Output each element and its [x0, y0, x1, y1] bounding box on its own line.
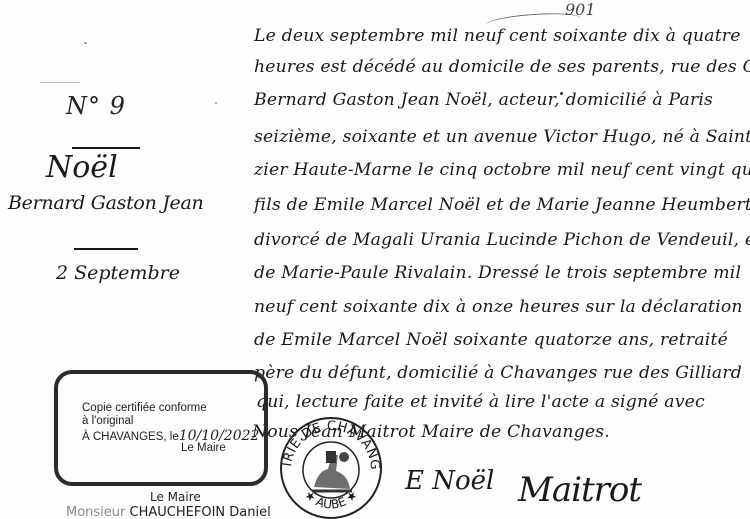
cert-signatory: Le Maire	[181, 442, 226, 454]
body-line: de Emile Marcel Noël soixante quatorze a…	[254, 330, 728, 350]
body-line: Bernard Gaston Jean Noël, acteur, domici…	[254, 90, 713, 110]
mayor-name-prefix: Monsieur	[66, 505, 125, 519]
speck	[40, 82, 80, 83]
mayor-name-value: CHAUCHEFOIN Daniel	[130, 505, 271, 519]
body-line: zier Haute-Marne le cinq octobre mil neu…	[254, 160, 750, 180]
mayor-name: Monsieur CHAUCHEFOIN Daniel	[66, 505, 271, 519]
town-hall-seal-icon: MAIRIE DE CHAVANGES ★ AUBE ★	[278, 415, 384, 519]
body-line: heures est décédé au domicile de ses par…	[254, 57, 750, 77]
speck	[215, 102, 217, 104]
body-line: divorcé de Magali Urania Lucinde Pichon …	[254, 230, 750, 250]
cert-place: À CHAVANGES, le	[82, 431, 179, 443]
body-line: de Marie-Paule Rivalain. Dressé le trois…	[254, 263, 741, 283]
margin-date: 2 Septembre	[56, 262, 180, 284]
margin-surname: Noël	[46, 150, 118, 185]
body-line: Le deux septembre mil neuf cent soixante…	[254, 26, 741, 46]
document-page: 901 N° 9 Noël Bernard Gaston Jean 2 Sept…	[0, 0, 750, 519]
mayor-title: Le Maire	[150, 490, 201, 504]
top-annotation: 901	[565, 0, 596, 19]
cert-line-1: Copie certifiée conforme	[82, 402, 207, 414]
mayor-signature: Maitrot	[518, 470, 641, 510]
declarant-signature: E Noël	[405, 466, 494, 496]
cert-line-3: À CHAVANGES, le10/10/2022	[82, 428, 259, 444]
margin-given-names: Bernard Gaston Jean	[8, 192, 203, 214]
margin-divider	[74, 248, 138, 250]
body-line: fils de Emile Marcel Noël et de Marie Je…	[254, 195, 750, 215]
body-line: qui, lecture faite et invité à lire l'ac…	[256, 392, 705, 412]
act-number: N° 9	[66, 92, 126, 120]
cert-line-2: à l'original	[82, 415, 133, 427]
body-line: seizième, soixante et un avenue Victor H…	[254, 127, 750, 147]
body-line: neuf cent soixante dix à onze heures sur…	[254, 297, 743, 317]
margin-divider	[72, 147, 140, 149]
speck	[84, 42, 87, 44]
body-line: père du défunt, domicilié à Chavanges ru…	[254, 363, 742, 383]
